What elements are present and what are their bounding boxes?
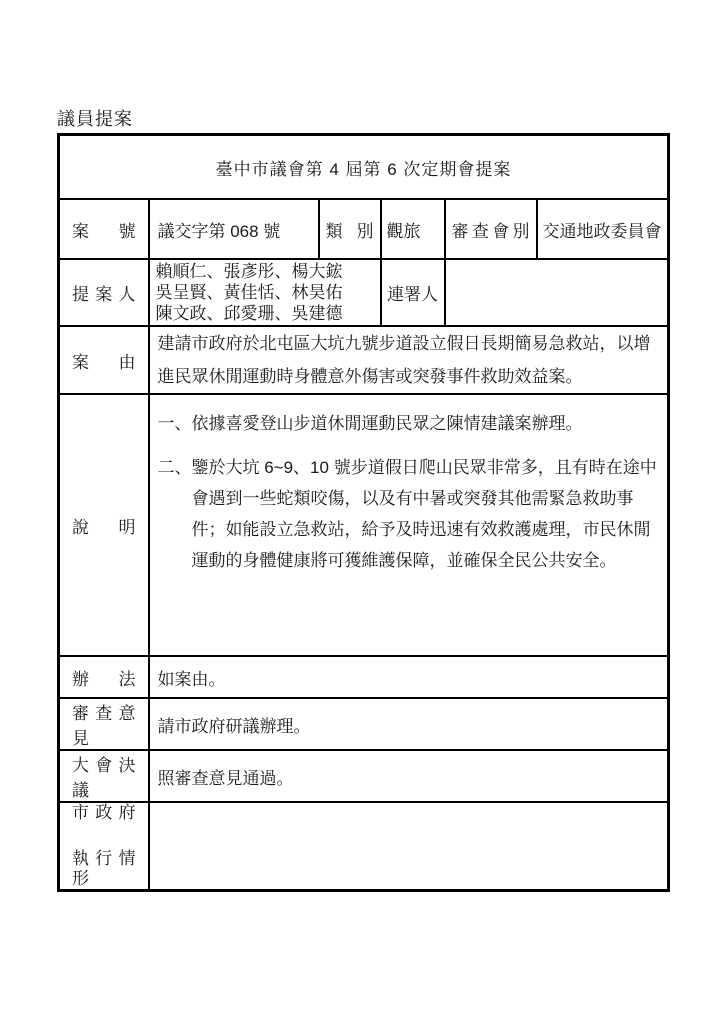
explanation-row: 說明 一、依據喜愛登山步道休閒運動民眾之陳情建議案辦理。 二、鑒於大坑 6~9、… <box>59 394 669 656</box>
case-number-value: 議交字第 068 號 <box>149 199 319 259</box>
case-number-label: 案號 <box>59 199 149 259</box>
execution-status-row: 市政府 執行情形 <box>59 802 669 891</box>
case-reason-value: 建請市政府於北屯區大坑九號步道設立假日長期簡易急救站，以增進民眾休閒運動時身體意… <box>149 326 669 394</box>
review-opinion-row: 審查意見 請市政府研議辦理。 <box>59 698 669 750</box>
case-reason-row: 案由 建請市政府於北屯區大坑九號步道設立假日長期簡易急救站，以增進民眾休閒運動時… <box>59 326 669 394</box>
explanation-value: 一、依據喜愛登山步道休閒運動民眾之陳情建議案辦理。 二、鑒於大坑 6~9、10 … <box>149 394 669 656</box>
review-committee-value: 交通地政委員會 <box>537 199 669 259</box>
method-value: 如案由。 <box>149 656 669 698</box>
method-label: 辦法 <box>59 656 149 698</box>
proposer-row: 提案人 賴順仁、張彥彤、楊大鋐 吳呈賢、黃佳恬、林昊佑 陳文政、邱愛珊、吳建德 … <box>59 259 669 326</box>
document-page: 議員提案 臺中市議會第 4 屆第 6 次定期會提案 案號 議交字第 068 號 … <box>0 0 724 1024</box>
execution-status-label-line2: 執行情形 <box>72 849 136 889</box>
proposal-form-table: 臺中市議會第 4 屆第 6 次定期會提案 案號 議交字第 068 號 類別 觀旅… <box>57 133 670 892</box>
execution-status-label: 市政府 執行情形 <box>59 802 149 891</box>
document-title: 臺中市議會第 4 屆第 6 次定期會提案 <box>59 135 669 200</box>
case-reason-label: 案由 <box>59 326 149 394</box>
explanation-item: 二、鑒於大坑 6~9、10 號步道假日爬山民眾非常多，且有時在途中會遇到一些蛇類… <box>158 452 660 576</box>
execution-status-value <box>149 802 669 891</box>
assembly-resolution-label: 大會決議 <box>59 750 149 802</box>
cosigners-label: 連署人 <box>381 259 445 326</box>
review-committee-label: 審查會別 <box>445 199 537 259</box>
case-number-row: 案號 議交字第 068 號 類別 觀旅 審查會別 交通地政委員會 <box>59 199 669 259</box>
explanation-label: 說明 <box>59 394 149 656</box>
proposers-line: 吳呈賢、黃佳恬、林昊佑 <box>156 282 374 303</box>
document-type-label: 議員提案 <box>57 105 133 131</box>
assembly-resolution-row: 大會決議 照審查意見通過。 <box>59 750 669 802</box>
explanation-item: 一、依據喜愛登山步道休閒運動民眾之陳情建議案辦理。 <box>158 408 660 439</box>
proposers-label: 提案人 <box>59 259 149 326</box>
execution-status-label-line1: 市政府 <box>72 803 136 823</box>
title-row: 臺中市議會第 4 屆第 6 次定期會提案 <box>59 135 669 200</box>
proposers-line: 陳文政、邱愛珊、吳建德 <box>156 303 374 324</box>
assembly-resolution-value: 照審查意見通過。 <box>149 750 669 802</box>
cosigners-value <box>445 259 669 326</box>
proposers-line: 賴順仁、張彥彤、楊大鋐 <box>156 261 374 282</box>
method-row: 辦法 如案由。 <box>59 656 669 698</box>
review-opinion-value: 請市政府研議辦理。 <box>149 698 669 750</box>
proposers-value: 賴順仁、張彥彤、楊大鋐 吳呈賢、黃佳恬、林昊佑 陳文政、邱愛珊、吳建德 <box>149 259 381 326</box>
review-opinion-label: 審查意見 <box>59 698 149 750</box>
category-label: 類別 <box>319 199 381 259</box>
category-value: 觀旅 <box>381 199 445 259</box>
